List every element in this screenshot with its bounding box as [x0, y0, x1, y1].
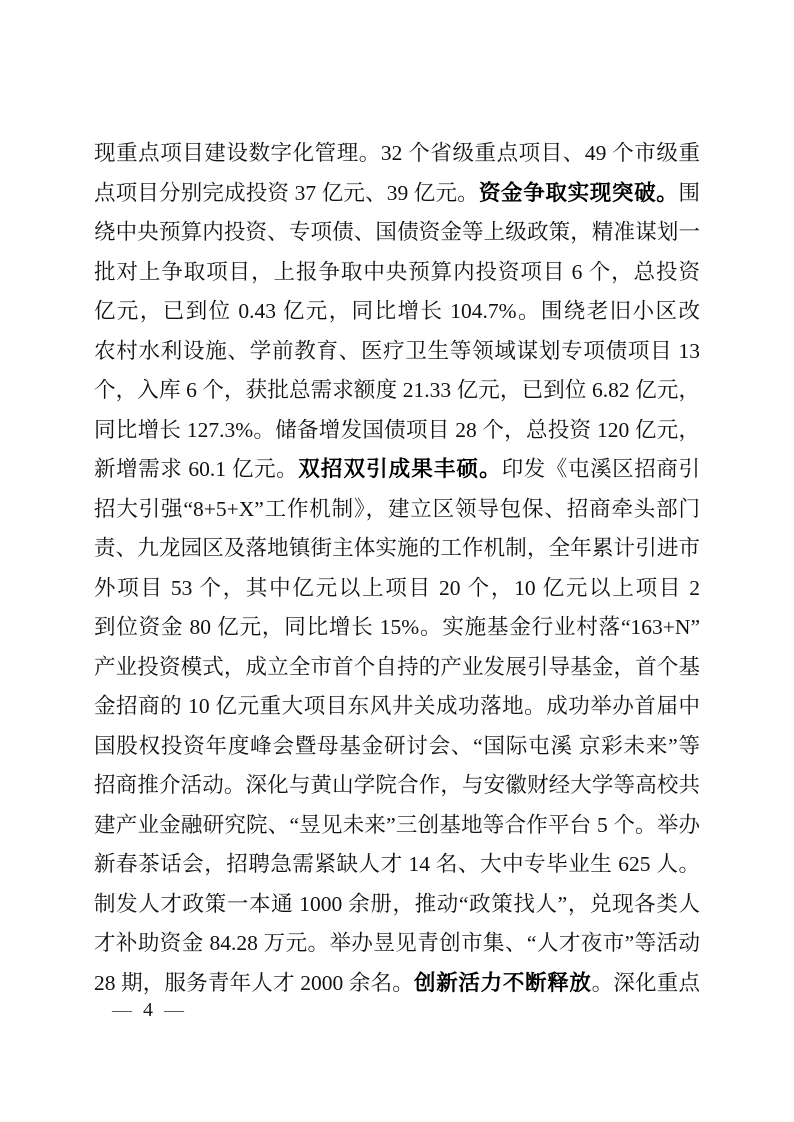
text-line: 个，入库 6 个，获批总需求额度 21.33 亿元，已到位 6.82 亿元，	[94, 371, 700, 411]
text-run: 28 期，服务青年人才 2000 余名。	[94, 971, 414, 995]
text-run: 到位资金 80 亿元，同比增长 15%。实施基金行业村落“163+N”	[94, 615, 700, 639]
body-text: 现重点项目建设数字化管理。32 个省级重点项目、49 个市级重点项目分别完成投资…	[94, 134, 700, 1003]
text-line: 亿元，已到位 0.43 亿元，同比增长 104.7%。围绕老旧小区改造、	[94, 292, 700, 332]
text-run: 绕中央预算内投资、专项债、国债资金等上级政策，精准谋划一	[94, 220, 700, 244]
text-run: 。深化重点	[592, 971, 700, 995]
text-line: 招商推介活动。深化与黄山学院合作，与安徽财经大学等高校共	[94, 766, 700, 806]
text-run: 招大引强“8+5+X”工作机制》，建立区领导包保、招商牵头部门负	[94, 497, 700, 530]
text-run: 新春茶话会，招聘急需紧缺人才 14 名、大中专毕业生 625 人。	[94, 852, 700, 876]
text-line: 制发人才政策一本通 1000 余册，推动“政策找人”，兑现各类人	[94, 885, 700, 925]
text-run: 制发人才政策一本通 1000 余册，推动“政策找人”，兑现各类人	[94, 892, 700, 916]
bold-emphasis: 资金争取实现突破。	[479, 181, 679, 205]
text-line: 新增需求 60.1 亿元。双招双引成果丰硕。印发《屯溪区招商引资	[94, 450, 700, 490]
text-run: 个，入库 6 个，获批总需求额度 21.33 亿元，已到位 6.82 亿元，	[94, 378, 700, 402]
footer-dash-left: —	[112, 999, 132, 1021]
text-run: 金招商的 10 亿元重大项目东风井关成功落地。成功举办首届中	[94, 694, 700, 718]
footer-page-number: 4	[143, 999, 153, 1021]
text-run: 责、九龙园区及落地镇街主体实施的工作机制，全年累计引进市	[94, 536, 700, 560]
text-line: 批对上争取项目，上报争取中央预算内投资项目 6 个，总投资 2.4	[94, 253, 700, 293]
text-line: 新春茶话会，招聘急需紧缺人才 14 名、大中专毕业生 625 人。	[94, 845, 700, 885]
text-line: 招大引强“8+5+X”工作机制》，建立区领导包保、招商牵头部门负	[94, 490, 700, 530]
text-run: 国股权投资年度峰会暨母基金研讨会、“国际屯溪 京彩未来”等	[94, 734, 700, 758]
text-line: 同比增长 127.3%。储备增发国债项目 28 个，总投资 120 亿元，	[94, 411, 700, 451]
text-run: 建产业金融研究院、“昱见未来”三创基地等合作平台 5 个。举办	[94, 813, 700, 837]
text-run: 批对上争取项目，上报争取中央预算内投资项目 6 个，总投资 2.4	[94, 260, 700, 293]
text-run: 才补助资金 84.28 万元。举办昱见青创市集、“人才夜市”等活动	[94, 931, 700, 955]
text-line: 28 期，服务青年人才 2000 余名。创新活力不断释放。深化重点	[94, 964, 700, 1004]
text-run: 点项目分别完成投资 37 亿元、39 亿元。	[94, 181, 479, 205]
text-line: 产业投资模式，成立全市首个自持的产业发展引导基金，首个基	[94, 648, 700, 688]
text-line: 建产业金融研究院、“昱见未来”三创基地等合作平台 5 个。举办	[94, 806, 700, 846]
text-run: 产业投资模式，成立全市首个自持的产业发展引导基金，首个基	[94, 655, 700, 679]
text-line: 农村水利设施、学前教育、医疗卫生等领域谋划专项债项目 13	[94, 332, 700, 372]
document-page: 现重点项目建设数字化管理。32 个省级重点项目、49 个市级重点项目分别完成投资…	[0, 0, 794, 1122]
text-line: 现重点项目建设数字化管理。32 个省级重点项目、49 个市级重	[94, 134, 700, 174]
text-line: 才补助资金 84.28 万元。举办昱见青创市集、“人才夜市”等活动	[94, 924, 700, 964]
text-run: 围	[678, 181, 700, 205]
text-line: 绕中央预算内投资、专项债、国债资金等上级政策，精准谋划一	[94, 213, 700, 253]
text-run: 招商推介活动。深化与黄山学院合作，与安徽财经大学等高校共	[94, 773, 700, 797]
text-run: 农村水利设施、学前教育、医疗卫生等领域谋划专项债项目 13	[94, 339, 700, 363]
bold-emphasis: 创新活力不断释放	[414, 971, 592, 995]
text-run: 现重点项目建设数字化管理。32 个省级重点项目、49 个市级重	[94, 141, 700, 165]
text-line: 责、九龙园区及落地镇街主体实施的工作机制，全年累计引进市	[94, 529, 700, 569]
text-line: 国股权投资年度峰会暨母基金研讨会、“国际屯溪 京彩未来”等	[94, 727, 700, 767]
text-run: 亿元，已到位 0.43 亿元，同比增长 104.7%。围绕老旧小区改造、	[94, 299, 700, 332]
bold-emphasis: 双招双引成果丰硕。	[298, 457, 501, 481]
text-run: 新增需求 60.1 亿元。	[94, 457, 298, 481]
text-run: 外项目 53 个，其中亿元以上项目 20 个，10 亿元以上项目 2 个，	[94, 576, 700, 609]
text-line: 金招商的 10 亿元重大项目东风井关成功落地。成功举办首届中	[94, 687, 700, 727]
page-footer: —4—	[112, 998, 184, 1022]
text-line: 外项目 53 个，其中亿元以上项目 20 个，10 亿元以上项目 2 个，	[94, 569, 700, 609]
text-line: 点项目分别完成投资 37 亿元、39 亿元。资金争取实现突破。围	[94, 174, 700, 214]
text-line: 到位资金 80 亿元，同比增长 15%。实施基金行业村落“163+N”	[94, 608, 700, 648]
text-run: 同比增长 127.3%。储备增发国债项目 28 个，总投资 120 亿元，	[94, 418, 700, 442]
footer-dash-right: —	[164, 999, 184, 1021]
